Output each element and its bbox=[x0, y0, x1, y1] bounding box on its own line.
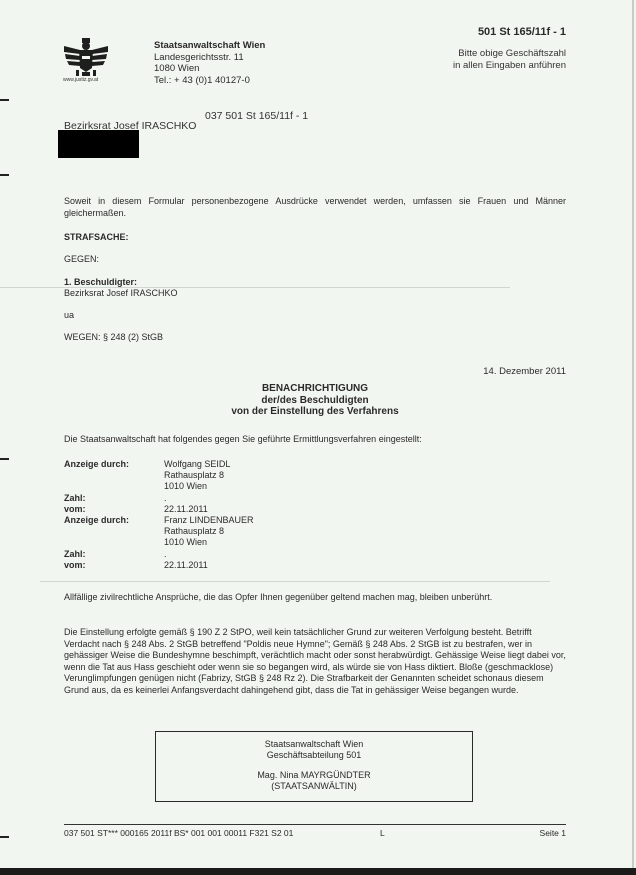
entry-label: vom: bbox=[64, 504, 164, 515]
ua-text: ua bbox=[64, 310, 74, 322]
fold-mark bbox=[0, 458, 9, 460]
austrian-eagle-logo-icon bbox=[62, 36, 110, 82]
entry-row: Rathausplatz 8 bbox=[64, 470, 254, 481]
entry-value: 22.11.2011 bbox=[164, 560, 208, 571]
entry-label: Zahl: bbox=[64, 549, 164, 560]
title-line: der/des Beschuldigten bbox=[64, 395, 566, 407]
signature-name: Mag. Nina MAYRGÜNDTER bbox=[156, 770, 472, 781]
sender-street: Landesgerichtsstr. 11 bbox=[154, 52, 265, 64]
reasoning-text: Die Einstellung erfolgte gemäß § 190 Z 2… bbox=[64, 627, 569, 696]
paper-fold-line bbox=[40, 581, 550, 582]
entry-label: Anzeige durch: bbox=[64, 459, 164, 470]
fold-mark bbox=[0, 836, 9, 838]
entry-value: Rathausplatz 8 bbox=[164, 526, 224, 537]
entry-value: 1010 Wien bbox=[164, 537, 207, 548]
entry-row: Zahl:. bbox=[64, 549, 254, 560]
letter-title: BENACHRICHTIGUNG der/des Beschuldigten v… bbox=[64, 383, 566, 418]
intro-text: Die Staatsanwaltschaft hat folgendes geg… bbox=[64, 434, 422, 446]
entry-value: . bbox=[164, 549, 167, 560]
footer-marker: L bbox=[380, 828, 385, 838]
signature-department: Geschäftsabteilung 501 bbox=[156, 750, 472, 761]
entry-value: Rathausplatz 8 bbox=[164, 470, 224, 481]
entry-label: vom: bbox=[64, 560, 164, 571]
entry-value: 22.11.2011 bbox=[164, 504, 208, 515]
case-note-line: Bitte obige Geschäftszahl bbox=[453, 48, 566, 60]
entry-row: Rathausplatz 8 bbox=[64, 526, 254, 537]
strafsache-heading: STRAFSACHE: bbox=[64, 232, 129, 244]
entry-label bbox=[64, 481, 164, 492]
complaint-entries: Anzeige durch:Wolfgang SEIDLRathausplatz… bbox=[64, 459, 254, 571]
gender-note: Soweit in diesem Formular personenbezoge… bbox=[64, 196, 566, 219]
page-number: Seite 1 bbox=[540, 828, 566, 838]
scan-edge bbox=[0, 868, 636, 875]
entry-value: 1010 Wien bbox=[164, 481, 207, 492]
entry-value: . bbox=[164, 493, 167, 504]
title-line: von der Einstellung des Verfahrens bbox=[64, 406, 566, 418]
entry-row: 1010 Wien bbox=[64, 537, 254, 548]
sender-phone: Tel.: + 43 (0)1 40127-0 bbox=[154, 75, 265, 87]
title-line: BENACHRICHTIGUNG bbox=[64, 383, 566, 395]
footer-code: 037 501 ST*** 000165 2011f BS* 001 001 0… bbox=[64, 828, 293, 838]
entry-label: Zahl: bbox=[64, 493, 164, 504]
wegen-text: WEGEN: § 248 (2) StGB bbox=[64, 332, 163, 344]
sender-name: Staatsanwaltschaft Wien bbox=[154, 40, 265, 52]
entry-value: Franz LINDENBAUER bbox=[164, 515, 254, 526]
justice-url: www.justiz.gv.at bbox=[63, 77, 98, 83]
sender-address: Staatsanwaltschaft Wien Landesgerichtsst… bbox=[154, 40, 265, 86]
accused-label: 1. Beschuldigter: bbox=[64, 277, 137, 289]
civil-claims-text: Allfällige zivilrechtliche Ansprüche, di… bbox=[64, 592, 566, 604]
case-note-line: in allen Eingaben anführen bbox=[453, 60, 566, 72]
signature-office: Staatsanwaltschaft Wien bbox=[156, 739, 472, 750]
sender-city: 1080 Wien bbox=[154, 63, 265, 75]
signature-box: Staatsanwaltschaft Wien Geschäftsabteilu… bbox=[155, 731, 473, 802]
case-number: 501 St 165/11f - 1 bbox=[478, 26, 566, 38]
case-number-note: Bitte obige Geschäftszahl in allen Einga… bbox=[453, 48, 566, 72]
signature-role: (STAATSANWÄLTIN) bbox=[156, 781, 472, 792]
entry-row: vom:22.11.2011 bbox=[64, 560, 254, 571]
entry-row: Anzeige durch:Franz LINDENBAUER bbox=[64, 515, 254, 526]
entry-label bbox=[64, 537, 164, 548]
letter-date: 14. Dezember 2011 bbox=[483, 366, 566, 377]
entry-label bbox=[64, 526, 164, 537]
gegen-label: GEGEN: bbox=[64, 254, 99, 266]
entry-row: 1010 Wien bbox=[64, 481, 254, 492]
accused-name: Bezirksrat Josef IRASCHKO bbox=[64, 288, 178, 300]
entry-label bbox=[64, 470, 164, 481]
entry-row: Anzeige durch:Wolfgang SEIDL bbox=[64, 459, 254, 470]
redacted-address bbox=[58, 130, 139, 158]
entry-row: Zahl:. bbox=[64, 493, 254, 504]
entry-value: Wolfgang SEIDL bbox=[164, 459, 230, 470]
fold-mark bbox=[0, 99, 9, 101]
entry-label: Anzeige durch: bbox=[64, 515, 164, 526]
fold-mark bbox=[0, 174, 9, 176]
entry-row: vom:22.11.2011 bbox=[64, 504, 254, 515]
reference-number: 037 501 St 165/11f - 1 bbox=[205, 110, 308, 122]
footer-divider bbox=[64, 824, 566, 825]
